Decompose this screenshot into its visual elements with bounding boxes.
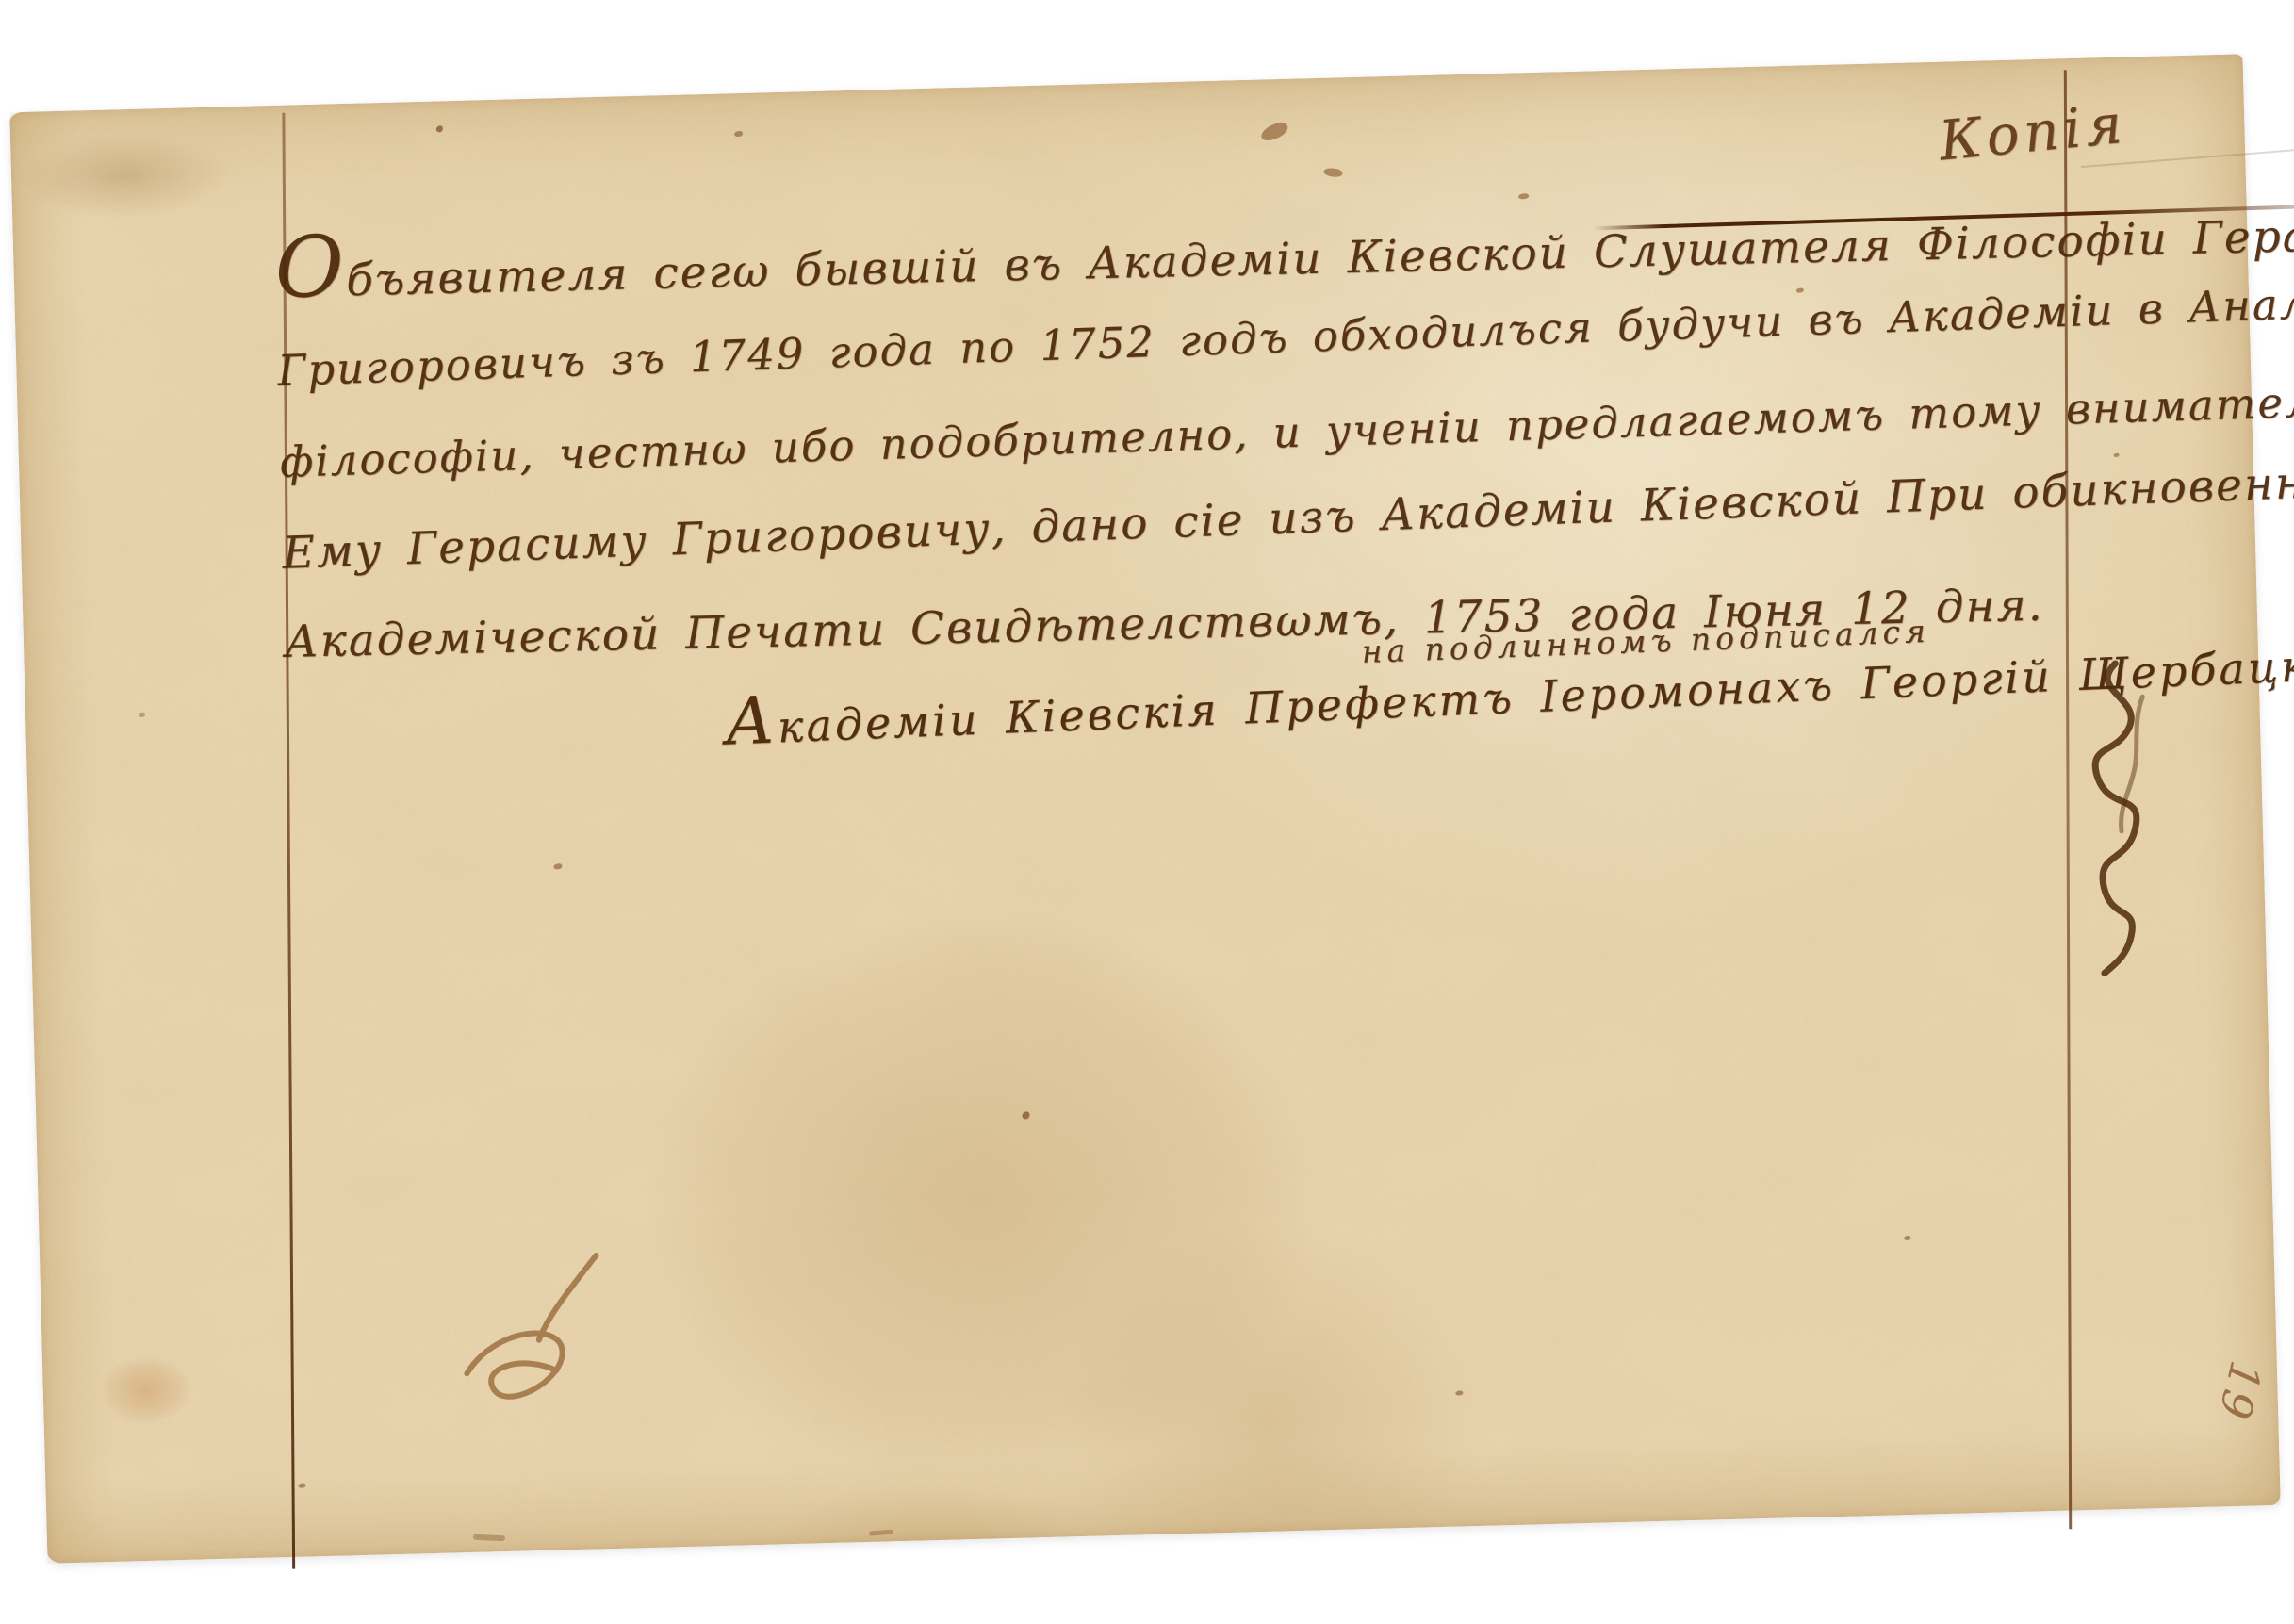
paper-nick [473,1534,505,1541]
folio-number: 19 [2208,1356,2271,1425]
pen-trial-scribble [435,1232,634,1439]
ink-speck [2113,453,2119,457]
ink-speck [1455,1390,1463,1395]
signature-flourish [2036,656,2195,980]
ink-speck [553,863,562,869]
photo-background: Копія Объявителя сегω бывшій въ Академіи… [0,0,2294,1624]
ink-speck [139,713,145,717]
ruled-margin-line-left [282,113,295,1569]
ink-speck [734,131,743,137]
paper-nick [869,1530,893,1536]
ink-speck [436,125,443,132]
ink-speck [298,1484,305,1488]
manuscript-page: Копія Объявителя сегω бывшій въ Академіи… [9,54,2281,1564]
ink-speck [1796,288,1804,293]
ink-speck [1022,1111,1029,1119]
copy-annotation: Копія [1936,91,2129,173]
ink-speck [1323,167,1343,178]
ink-speck [1259,120,1290,143]
ink-speck [1518,193,1529,199]
ink-speck [1904,1236,1910,1240]
